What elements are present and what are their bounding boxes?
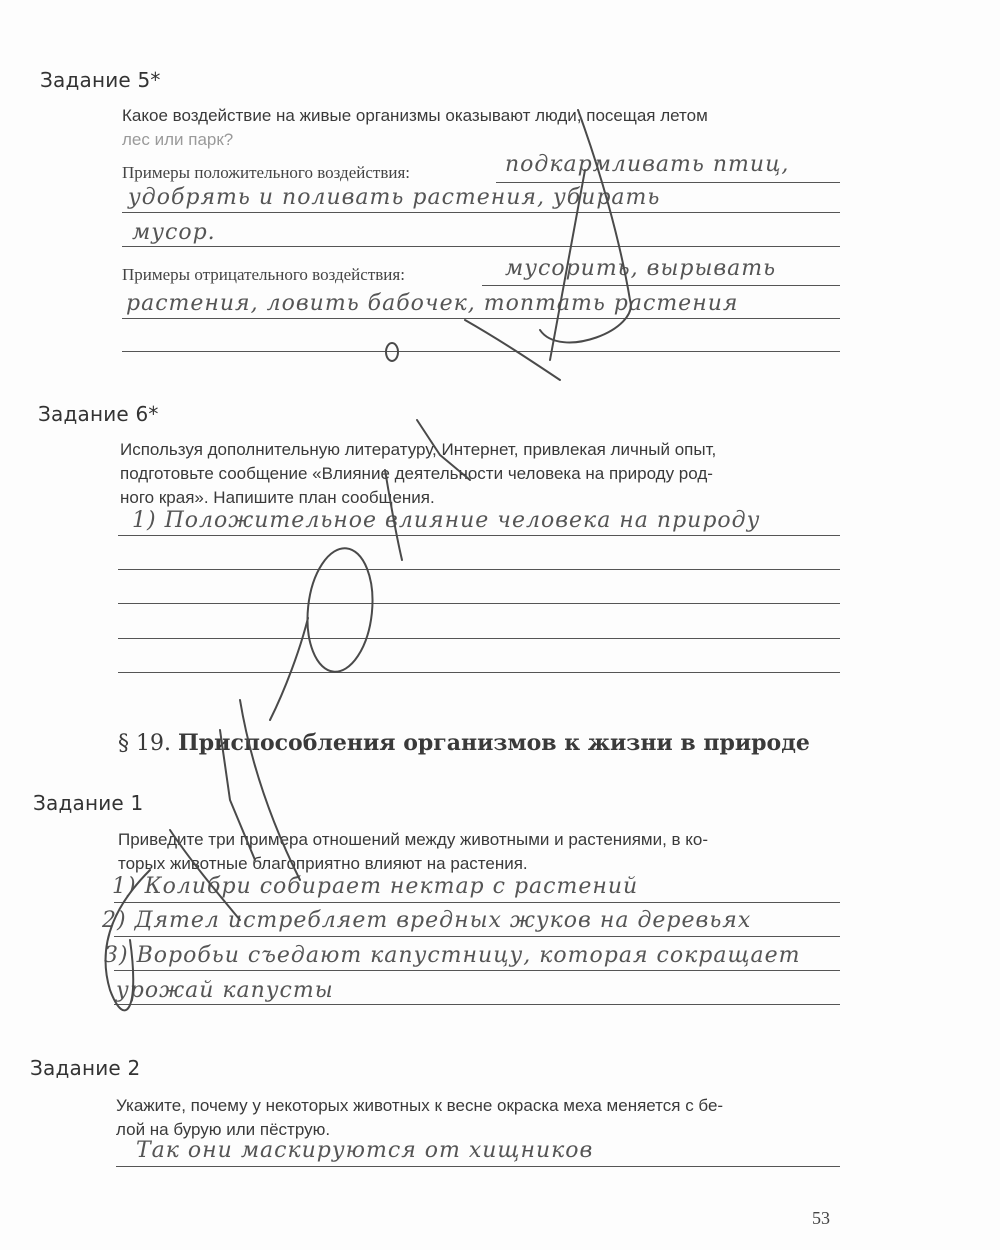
answer-line <box>116 1166 840 1167</box>
handwritten-answer[interactable]: мусорить, вырывать <box>505 256 776 281</box>
task6-title: Задание 6* <box>38 402 159 426</box>
handwritten-answer[interactable]: урожай капусты <box>116 978 334 1003</box>
answer-line <box>118 672 840 673</box>
answer-line <box>118 569 840 570</box>
task6-prompt-line2: подготовьте сообщение «Влияние деятельно… <box>120 462 713 486</box>
handwritten-answer[interactable]: Так они маскируются от хищников <box>136 1138 593 1163</box>
answer-line <box>122 246 840 247</box>
answer-line <box>122 351 840 352</box>
handwritten-answer[interactable]: удобрять и поливать растения, убирать <box>128 185 660 210</box>
task1-prompt-line1: Приведите три примера отношений между жи… <box>118 828 708 852</box>
section-number: § 19. <box>118 731 171 756</box>
handwritten-answer[interactable]: растения, ловить бабочек, топтать растен… <box>126 291 738 316</box>
answer-line <box>114 936 840 937</box>
task1-prompt-line2: торых животные благоприятно влияют на ра… <box>118 852 528 876</box>
task6-prompt-line3: ного края». Напишите план сообщения. <box>120 486 435 510</box>
answer-line <box>114 902 840 903</box>
section-title: Приспособления организмов к жизни в прир… <box>178 730 810 756</box>
handwritten-answer[interactable]: 3) Воробьи съедают капустницу, которая с… <box>104 943 800 968</box>
section-heading: § 19. Приспособления организмов к жизни … <box>118 730 810 756</box>
handwritten-answer[interactable]: 1) Положительное влияние человека на при… <box>132 508 760 533</box>
answer-line <box>118 535 840 536</box>
handwritten-answer[interactable]: подкармливать птиц, <box>505 152 789 177</box>
answer-line <box>118 638 840 639</box>
task5-prompt-line1: Какое воздействие на живые организмы ока… <box>122 104 708 128</box>
task2-prompt-line1: Укажите, почему у некоторых животных к в… <box>116 1094 723 1118</box>
handwritten-answer[interactable]: 2) Дятел истребляет вредных жуков на дер… <box>102 908 751 933</box>
handwritten-answer[interactable]: 1) Колибри собирает нектар с растений <box>112 874 638 899</box>
answer-line <box>114 970 840 971</box>
task5-prompt-line2: лес или парк? <box>122 128 233 152</box>
positive-label: Примеры положительного воздействия: <box>122 163 416 183</box>
task1-title: Задание 1 <box>33 791 143 815</box>
answer-line <box>496 182 840 183</box>
answer-line <box>482 285 840 286</box>
answer-line <box>122 318 840 319</box>
answer-line <box>114 1004 840 1005</box>
handwritten-answer[interactable]: мусор. <box>132 220 216 245</box>
page-number: 53 <box>812 1208 830 1229</box>
task2-title: Задание 2 <box>30 1056 140 1080</box>
answer-line <box>118 603 840 604</box>
task6-prompt-line1: Используя дополнительную литературу, Инт… <box>120 438 716 462</box>
task5-title: Задание 5* <box>40 68 161 92</box>
negative-label: Примеры отрицательного воздействия: <box>122 265 411 285</box>
answer-line <box>122 212 840 213</box>
